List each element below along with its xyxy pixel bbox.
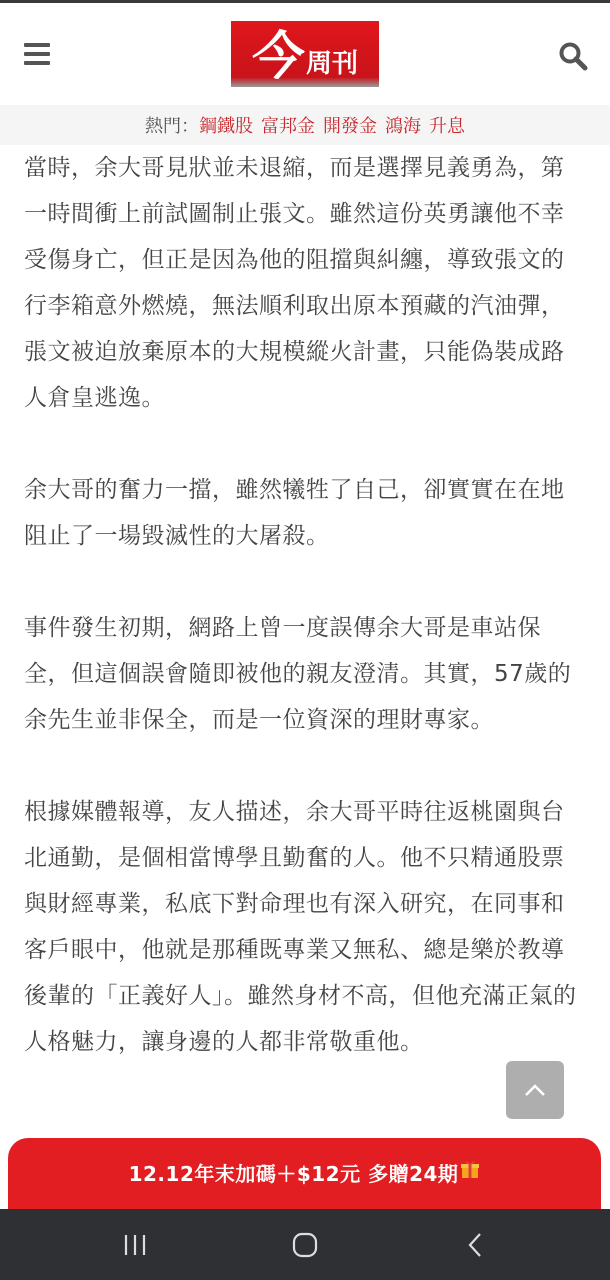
search-button[interactable] [558,41,588,71]
article-paragraph: 事件發生初期，網路上曾一度誤傳余大哥是車站保全，但這個誤會隨即被他的親友澄清。其… [24,605,584,743]
menu-button[interactable] [24,43,50,67]
trending-bar: 熱門： 鋼鐵股 富邦金 開發金 鴻海 升息 [0,105,610,145]
menu-icon-bar [24,43,50,47]
site-logo[interactable]: 今 周刊 [231,21,379,87]
trending-tag[interactable]: 富邦金 [261,112,315,138]
search-icon [558,41,588,71]
gift-icon [460,1159,480,1179]
home-button[interactable] [285,1229,325,1261]
menu-icon-bar [24,61,50,65]
trending-tag[interactable]: 鴻海 [385,112,421,138]
back-button[interactable] [455,1229,495,1261]
article-paragraph: 根據媒體報導，友人描述，余大哥平時往返桃園與台北通勤，是個相當博學且勤奮的人。他… [24,789,584,1065]
menu-icon-bar [24,52,50,56]
recent-apps-button[interactable] [115,1229,155,1261]
article-paragraph: 余大哥的奮力一擋，雖然犧牲了自己，卻實實在在地阻止了一場毀滅性的大屠殺。 [24,467,584,559]
chevron-up-icon [523,1083,547,1097]
trending-tag[interactable]: 升息 [429,112,465,138]
recent-apps-icon [122,1233,148,1257]
scroll-to-top-button[interactable] [506,1061,564,1119]
logo-mark: 今 [248,27,308,87]
trending-tag[interactable]: 鋼鐵股 [199,112,253,138]
article-body: 當時，余大哥見狀並未退縮，而是選擇見義勇為，第一時間衝上前試圖制止張文。雖然這份… [24,145,584,1111]
system-navigation-bar [0,1209,610,1280]
site-header: 今 周刊 [0,3,610,105]
back-icon [467,1232,483,1258]
trending-label: 熱門： [145,112,199,138]
trending-tag[interactable]: 開發金 [323,112,377,138]
home-icon [292,1232,318,1258]
subscription-promo-banner[interactable]: 12.12年末加碼＋$12元 多贈24期 [8,1138,601,1218]
article-paragraph: 當時，余大哥見狀並未退縮，而是選擇見義勇為，第一時間衝上前試圖制止張文。雖然這份… [24,145,584,421]
logo-text: 周刊 [306,49,358,79]
